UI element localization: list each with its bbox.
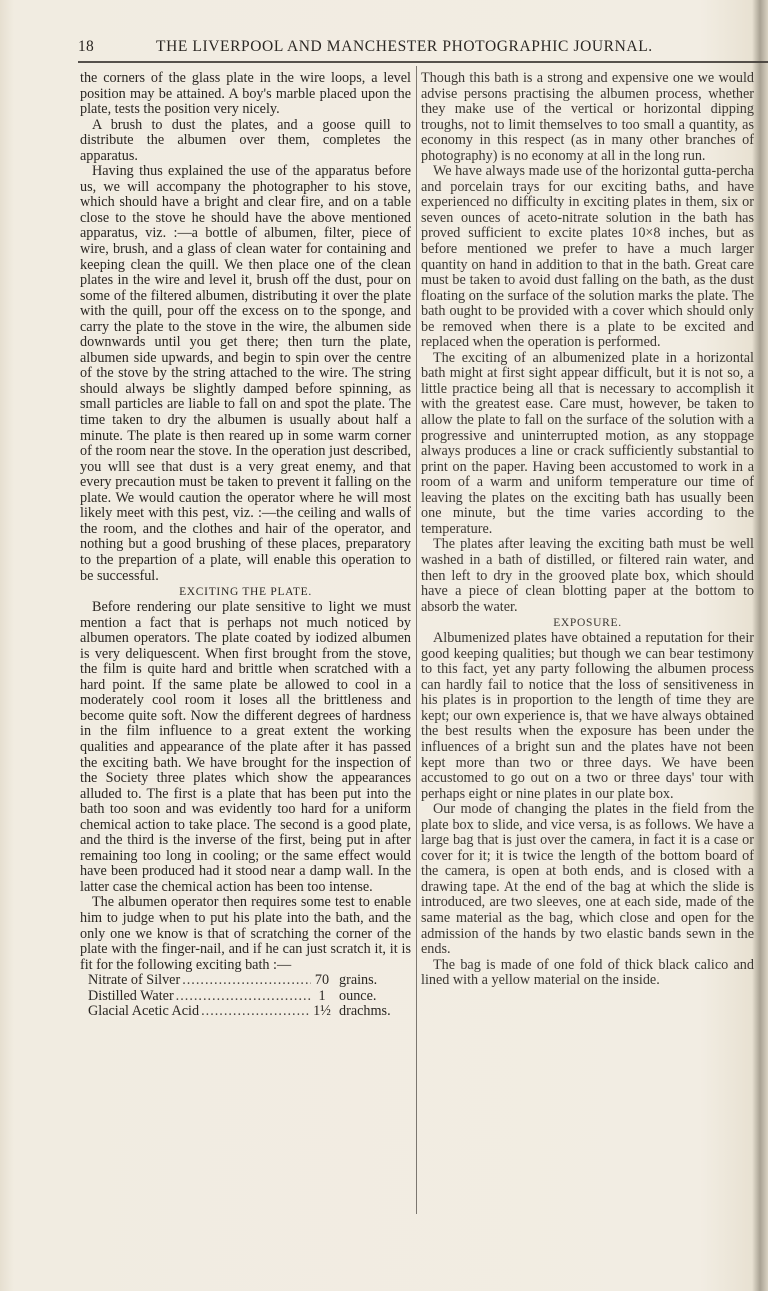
paragraph: The plates after leaving the exciting ba… [421, 537, 754, 615]
journal-title: THE LIVERPOOL AND MANCHESTER PHOTOGRAPHI… [156, 38, 653, 56]
recipe-table: Nitrate of Silver ......................… [80, 973, 411, 1020]
ingredient-name: Distilled Water [88, 989, 174, 1005]
paragraph: Before rendering our plate sensitive to … [80, 600, 411, 895]
scanned-page: 18 THE LIVERPOOL AND MANCHESTER PHOTOGRA… [0, 0, 768, 1291]
ingredient-unit: drachms. [333, 1004, 411, 1020]
header-rule [78, 61, 768, 63]
column-divider [416, 66, 417, 1214]
recipe-row: Nitrate of Silver ......................… [88, 973, 411, 989]
ingredient-unit: ounce. [333, 989, 411, 1005]
leader-dots: .............................. [180, 973, 311, 989]
recipe-row: Glacial Acetic Acid ....................… [88, 1004, 411, 1020]
paragraph: Our mode of changing the plates in the f… [421, 802, 754, 957]
ingredient-unit: grains. [333, 973, 411, 989]
leader-dots: .............................. [174, 989, 311, 1005]
paragraph: Albumenized plates have obtained a reput… [421, 631, 754, 802]
paragraph: We have always made use of the horizonta… [421, 164, 754, 351]
recipe-row: Distilled Water ........................… [88, 989, 411, 1005]
ingredient-name: Nitrate of Silver [88, 973, 180, 989]
ingredient-quantity: 1 [311, 989, 333, 1005]
paragraph: A brush to dust the plates, and a goose … [80, 118, 411, 165]
paragraph: Though this bath is a strong and expensi… [421, 71, 754, 164]
paragraph: The albumen operator then requires some … [80, 895, 411, 973]
ingredient-name: Glacial Acetic Acid [88, 1004, 199, 1020]
section-heading: EXCITING THE PLATE. [80, 585, 411, 600]
paragraph: Having thus explained the use of the app… [80, 164, 411, 584]
left-column: the corners of the glass plate in the wi… [80, 71, 411, 1020]
paragraph: The exciting of an albumenized plate in … [421, 351, 754, 538]
page-number: 18 [78, 38, 94, 56]
section-heading: EXPOSURE. [421, 616, 754, 631]
ingredient-quantity: 70 [311, 973, 333, 989]
right-column: Though this bath is a strong and expensi… [421, 71, 754, 989]
ingredient-quantity: 1½ [311, 1004, 333, 1020]
paragraph: The bag is made of one fold of thick bla… [421, 958, 754, 989]
running-header: 18 THE LIVERPOOL AND MANCHESTER PHOTOGRA… [78, 38, 762, 58]
leader-dots: .............................. [199, 1004, 311, 1020]
paragraph: the corners of the glass plate in the wi… [80, 71, 411, 118]
